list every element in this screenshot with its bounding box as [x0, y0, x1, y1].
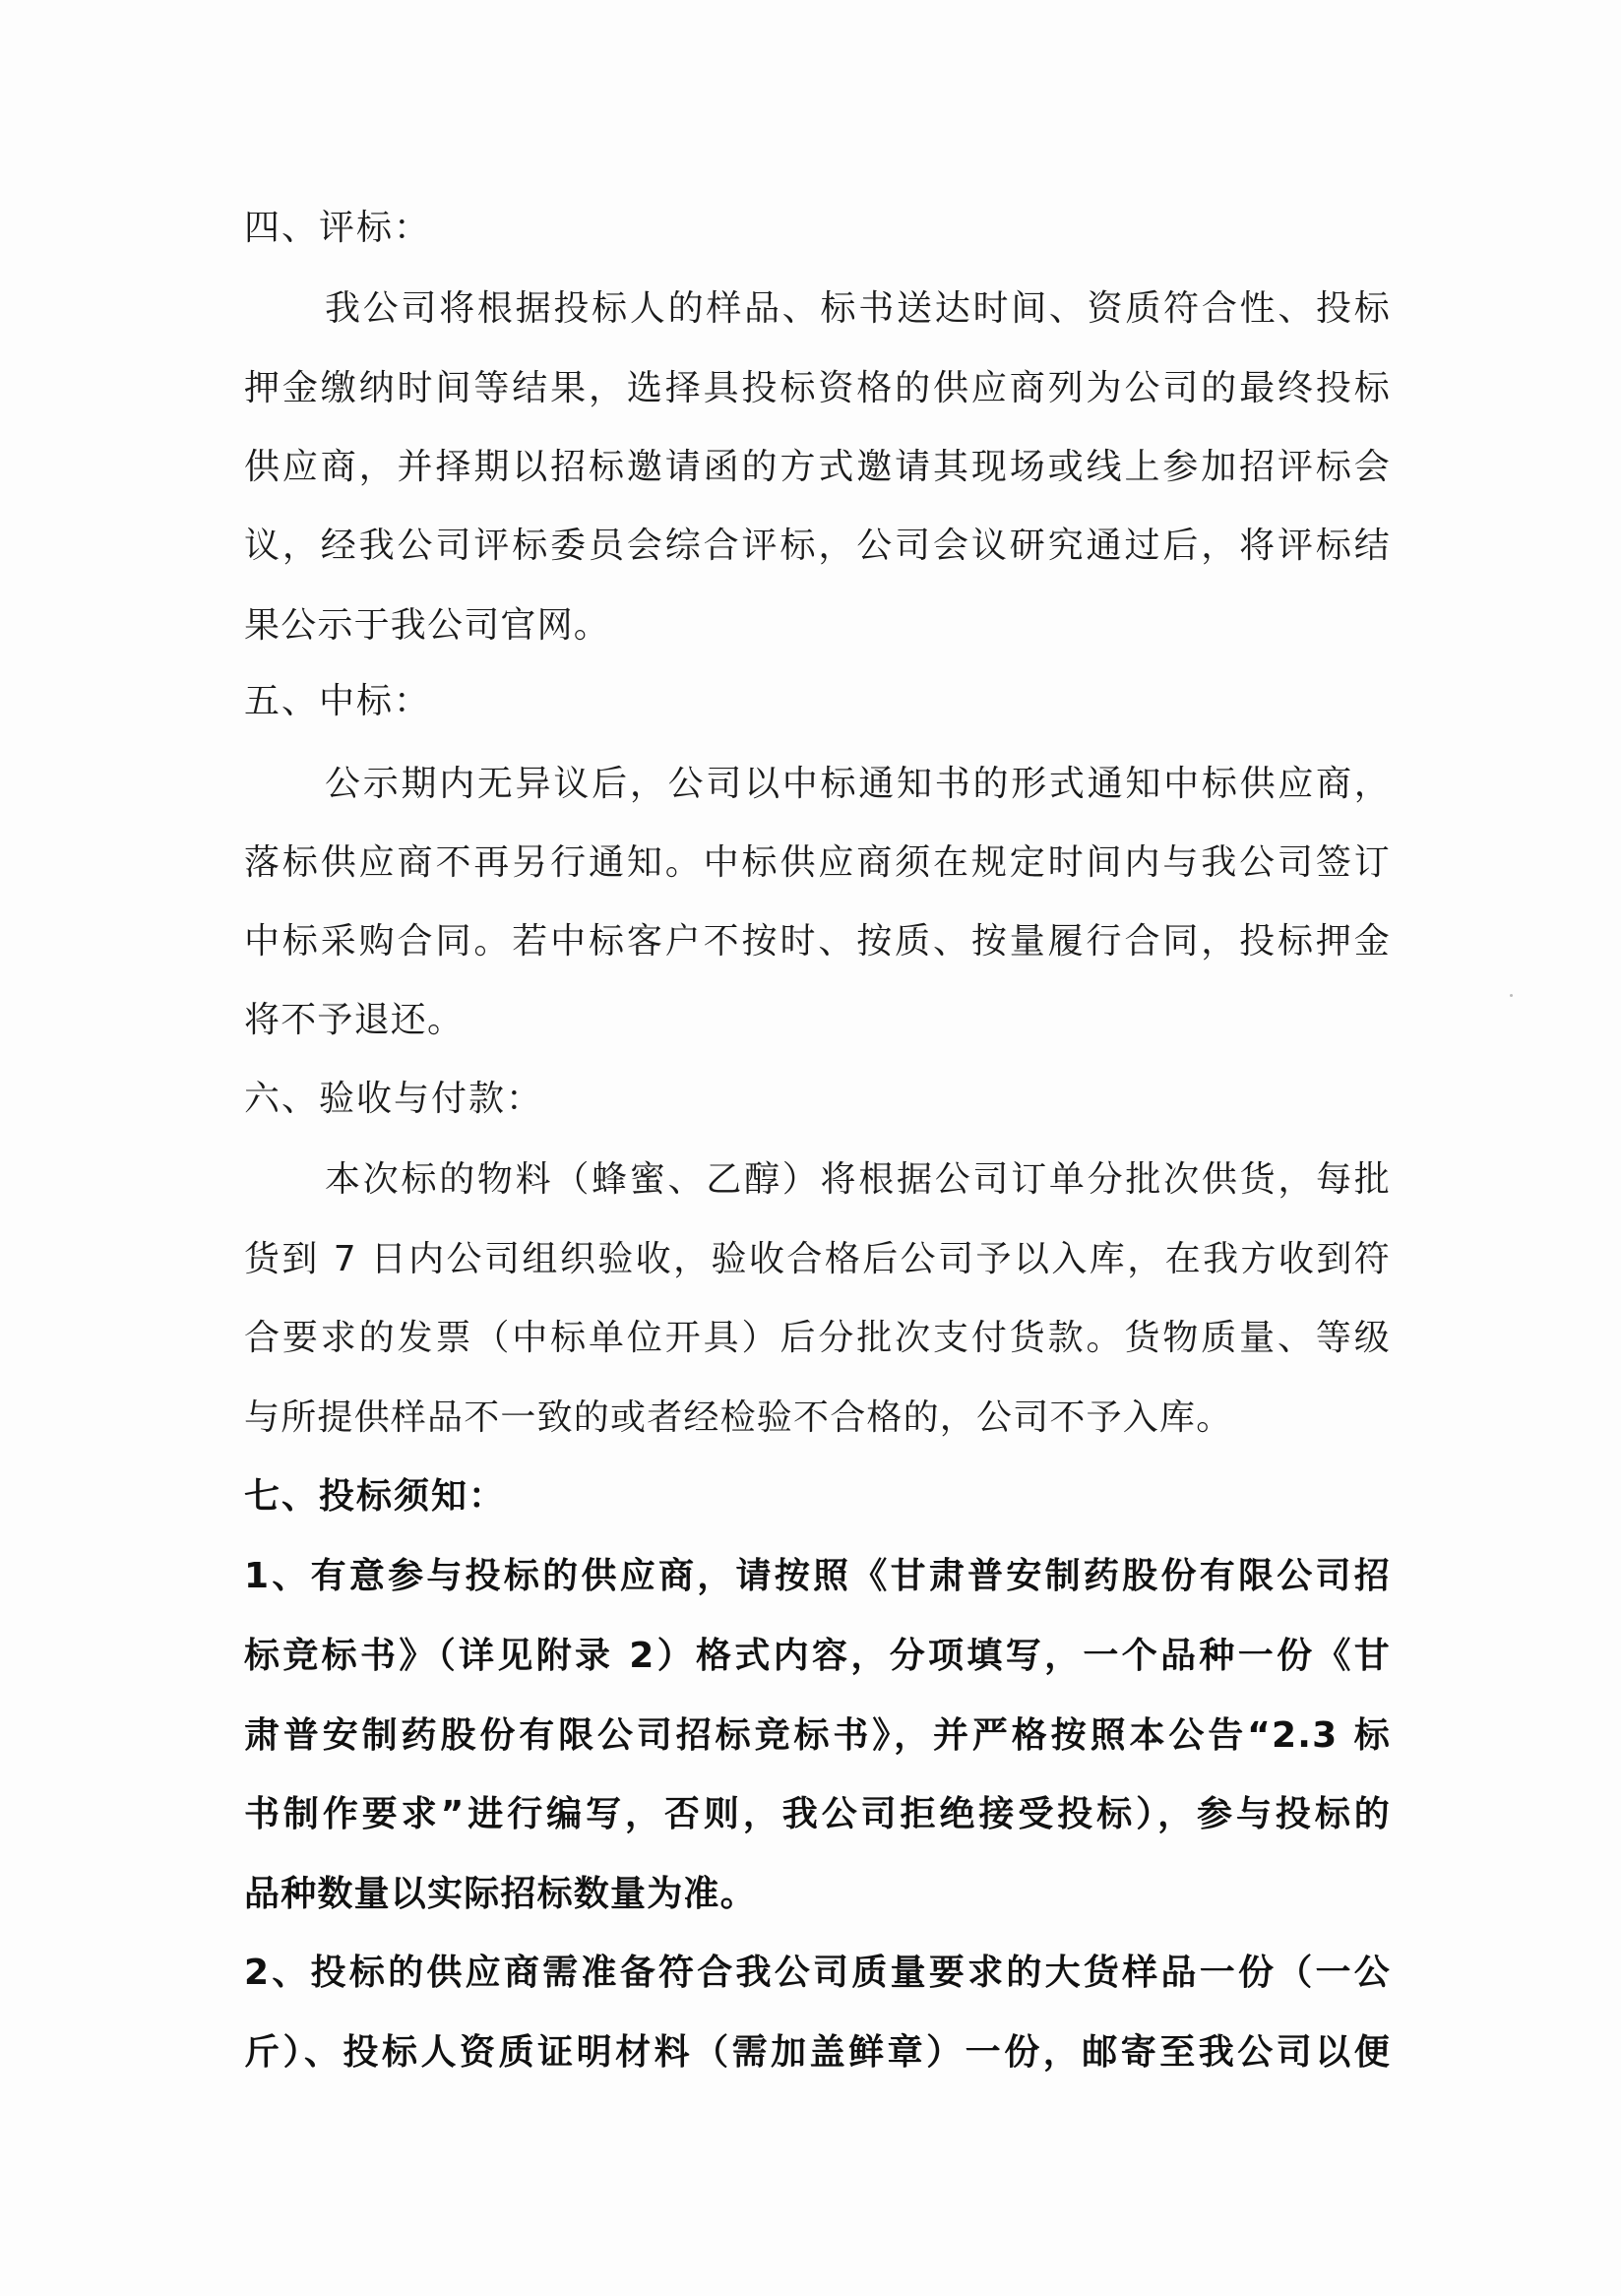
paragraph-line: 本次标的物料（蜂蜜、乙醇）将根据公司订单分批次供货，每批 — [325, 1150, 1391, 1210]
paragraph-line: 与所提供样品不一致的或者经检验不合格的，公司不予入库。 — [244, 1389, 1391, 1448]
paragraph-line: 合要求的发票（中标单位开具）后分批次支付货款。货物质量、等级 — [244, 1309, 1391, 1368]
paragraph-line: 公示期内无异议后，公司以中标通知书的形式通知中标供应商， — [325, 755, 1391, 814]
paragraph-line: 书制作要求”进行编写，否则，我公司拒绝接受投标），参与投标的 — [244, 1785, 1391, 1844]
document-page: 四、评标： 我公司将根据投标人的样品、标书送达时间、资质符合性、投标 押金缴纳时… — [0, 0, 1621, 2296]
section-heading-acceptance-payment: 六、验收与付款： — [244, 1070, 1391, 1129]
section-heading-award: 五、中标： — [244, 672, 1391, 731]
paragraph-line: 落标供应商不再另行通知。中标供应商须在规定时间内与我公司签订 — [244, 834, 1391, 893]
paragraph-line: 标竞标书》（详见附录 2）格式内容，分项填写，一个品种一份《甘 — [244, 1627, 1391, 1686]
paragraph-line: 品种数量以实际招标数量为准。 — [244, 1865, 1391, 1924]
scan-speck — [1510, 994, 1513, 997]
paragraph-line: 议，经我公司评标委员会综合评标，公司会议研究通过后，将评标结 — [244, 517, 1391, 576]
paragraph-line: 2、投标的供应商需准备符合我公司质量要求的大货样品一份（一公 — [244, 1944, 1391, 2003]
paragraph-line: 押金缴纳时间等结果，选择具投标资格的供应商列为公司的最终投标 — [244, 359, 1391, 418]
paragraph-line: 将不予退还。 — [244, 991, 1391, 1050]
paragraph-line: 斤）、投标人资质证明材料（需加盖鲜章）一份，邮寄至我公司以便 — [244, 2023, 1391, 2082]
paragraph-line: 货到 7 日内公司组织验收，验收合格后公司予以入库，在我方收到符 — [244, 1230, 1391, 1289]
paragraph-line: 1、有意参与投标的供应商，请按照《甘肃普安制药股份有限公司招 — [244, 1547, 1391, 1606]
section-heading-evaluation: 四、评标： — [244, 199, 1391, 258]
paragraph-line: 供应商，并择期以招标邀请函的方式邀请其现场或线上参加招评标会 — [244, 438, 1391, 497]
paragraph-line: 果公示于我公司官网。 — [244, 596, 1391, 655]
paragraph-line: 中标采购合同。若中标客户不按时、按质、按量履行合同，投标押金 — [244, 912, 1391, 971]
section-heading-bidding-notice: 七、投标须知： — [244, 1467, 1391, 1526]
paragraph-line: 我公司将根据投标人的样品、标书送达时间、资质符合性、投标 — [325, 279, 1391, 339]
paragraph-line: 肃普安制药股份有限公司招标竞标书》，并严格按照本公告“2.3 标 — [244, 1706, 1391, 1766]
